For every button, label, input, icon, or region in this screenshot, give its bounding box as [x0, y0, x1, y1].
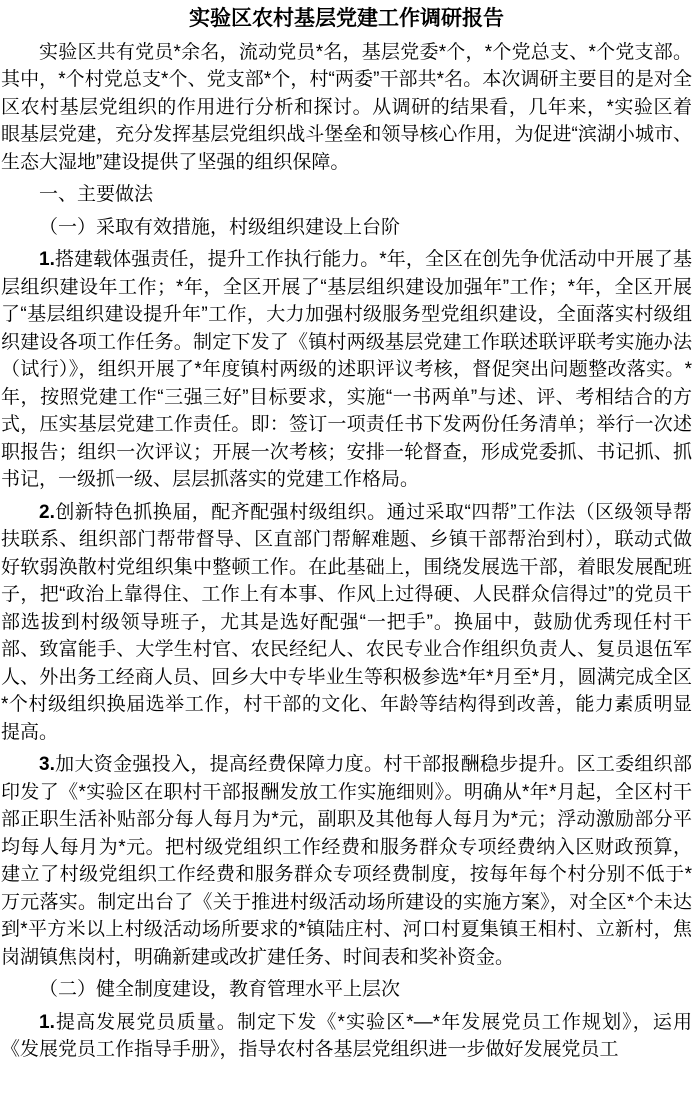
numbered-paragraph-3: 3.加大资金强投入，提高经费保障力度。村干部报酬稳步提升。区工委组织部印发了《*… — [1, 751, 692, 971]
document-title: 实验区农村基层党建工作调研报告 — [1, 5, 692, 33]
paragraph-text-3: 加大资金强投入，提高经费保障力度。村干部报酬稳步提升。区工委组织部印发了《*实验… — [1, 754, 692, 968]
paragraph-text-1: 搭建载体强责任，提升工作执行能力。*年，全区在创先争优活动中开展了基层组织建设年… — [1, 249, 692, 490]
paragraph-text-2: 创新特色抓换届，配齐配强村级组织。通过采取“四帮”工作法（区级领导帮扶联系、组织… — [1, 502, 692, 743]
item-number-2: 2. — [39, 502, 55, 523]
numbered-paragraph-2: 2.创新特色抓换届，配齐配强村级组织。通过采取“四帮”工作法（区级领导帮扶联系、… — [1, 499, 692, 747]
item-number-3: 3. — [39, 754, 55, 775]
item-number-1: 1. — [39, 249, 55, 270]
numbered-paragraph-1: 1.搭建载体强责任，提升工作执行能力。*年，全区在创先争优活动中开展了基层组织建… — [1, 246, 692, 494]
numbered-paragraph-4: 1.提高发展党员质量。制定下发《*实验区*—*年发展党员工作规划》，运用《发展党… — [1, 1009, 692, 1064]
intro-paragraph: 实验区共有党员*余名，流动党员*名，基层党委*个，*个党总支、*个党支部。其中，… — [1, 39, 692, 177]
subsection-heading-1: （一）采取有效措施，村级组织建设上台阶 — [1, 214, 692, 242]
section-heading-1: 一、主要做法 — [1, 181, 692, 209]
subsection-heading-2: （二）健全制度建设，教育管理水平上层次 — [1, 976, 692, 1004]
document-page: 实验区农村基层党建工作调研报告 实验区共有党员*余名，流动党员*名，基层党委*个… — [0, 0, 693, 1097]
item-number-4: 1. — [39, 1012, 55, 1033]
paragraph-text-4: 提高发展党员质量。制定下发《*实验区*—*年发展党员工作规划》，运用《发展党员工… — [1, 1012, 692, 1061]
